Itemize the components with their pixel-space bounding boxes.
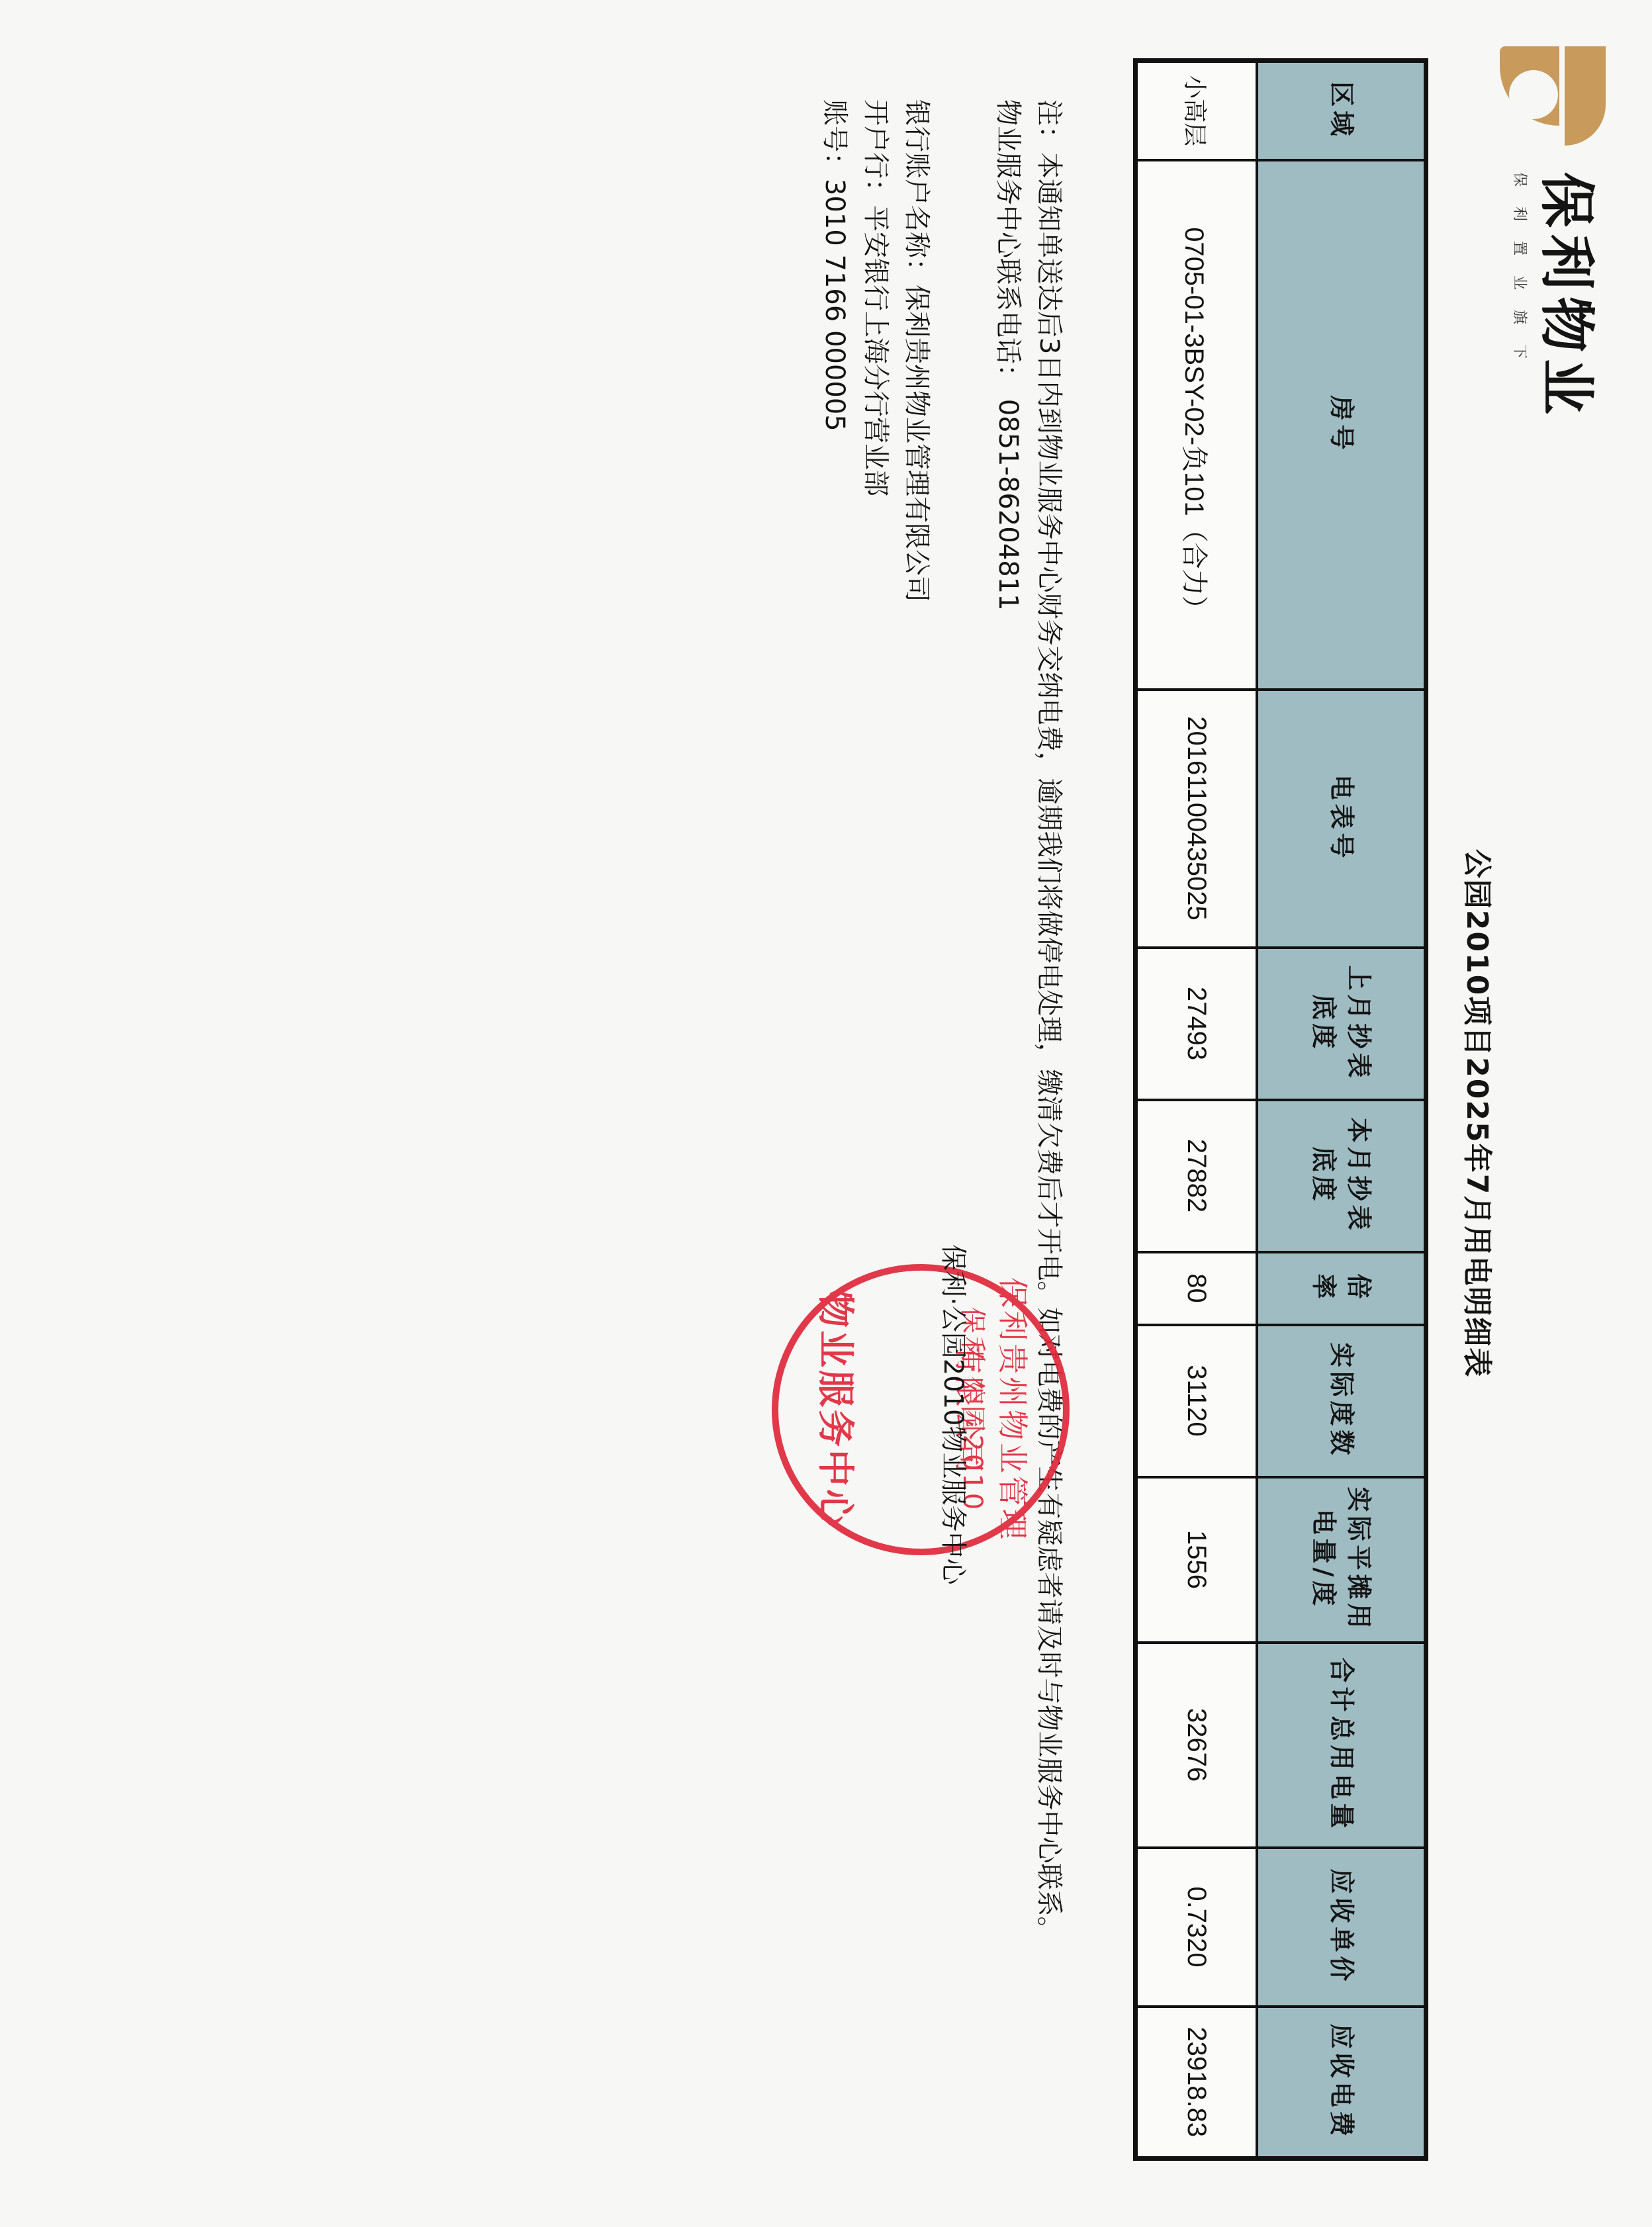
document-page: 保利物业 保利置业旗下 公园2010项目2025年7月用电明细表 区域 房号 电… bbox=[0, 0, 1652, 2227]
column-header-shared-units: 实际平摊用电量/度 bbox=[1257, 1477, 1426, 1643]
signature-block: 保利贵州物业管理有限公司 保利·公园2010 物业服务中心 保利·公园2010物… bbox=[606, 1244, 977, 1615]
cell-meter-no: 2016110043502​5 bbox=[1136, 690, 1258, 948]
column-header-amount-due: 应收电费 bbox=[1257, 2007, 1426, 2159]
table-row: 小高层 0705-01-3BSY-02-负101（合力） 20161100435… bbox=[1136, 61, 1258, 2159]
cell-multiplier: 80 bbox=[1136, 1252, 1258, 1325]
cell-area: 小高层 bbox=[1136, 61, 1258, 160]
cell-room: 0705-01-3BSY-02-负101（合力） bbox=[1136, 160, 1258, 690]
cell-prev-reading: 27493 bbox=[1136, 948, 1258, 1100]
contact-phone: 物业服务中心联系电话： 0851-86204811 bbox=[987, 99, 1029, 1942]
document-title: 公园2010项目2025年7月用电明细表 bbox=[1459, 0, 1501, 2227]
official-seal-stamp: 保利贵州物业管理有限公司 保利·公园2010 物业服务中心 bbox=[772, 1264, 1070, 1555]
bank-info: 银行账户名称：保利贵州物业管理有限公司 开户行：平安银行上海分行营业部 账号：3… bbox=[814, 99, 937, 602]
column-header-multiplier: 倍率 bbox=[1257, 1252, 1426, 1325]
column-header-actual-units: 实际度数 bbox=[1257, 1325, 1426, 1477]
brand-tagline: 保利置业旗下 bbox=[1511, 172, 1532, 421]
cell-total-units: 32676 bbox=[1136, 1643, 1258, 1848]
electricity-detail-table: 区域 房号 电表号 上月抄表底度 本月抄表底度 倍率 实际度数 实际平摊用电量/… bbox=[1133, 58, 1428, 2161]
column-header-curr-reading: 本月抄表底度 bbox=[1257, 1100, 1426, 1252]
column-header-total-units: 合计总用电量 bbox=[1257, 1643, 1426, 1848]
table-header-row: 区域 房号 电表号 上月抄表底度 本月抄表底度 倍率 实际度数 实际平摊用电量/… bbox=[1257, 61, 1426, 2159]
poly-logo-icon bbox=[1500, 46, 1606, 146]
column-header-prev-reading: 上月抄表底度 bbox=[1257, 948, 1426, 1100]
column-header-meter-no: 电表号 bbox=[1257, 690, 1426, 948]
column-header-unit-price: 应收单价 bbox=[1257, 1848, 1426, 2007]
company-logo: 保利物业 保利置业旗下 bbox=[1500, 46, 1606, 421]
cell-unit-price: 0.7320 bbox=[1136, 1848, 1258, 2007]
bank-branch: 开户行：平安银行上海分行营业部 bbox=[855, 99, 896, 602]
stamp-center-text: 物业服务中心 bbox=[811, 1271, 864, 1549]
cell-amount-due: 23918.83 bbox=[1136, 2007, 1258, 2159]
bank-account-name: 银行账户名称：保利贵州物业管理有限公司 bbox=[896, 99, 937, 602]
cell-curr-reading: 27882 bbox=[1136, 1100, 1258, 1252]
cell-shared-units: 1556 bbox=[1136, 1477, 1258, 1643]
payment-notes: 注：本通知单送达后3日内到物业服务中心财务交纳电费，逾期我们将做停电处理，缴清欠… bbox=[987, 99, 1070, 1942]
signature-label: 保利·公园2010物业服务中心 bbox=[937, 1244, 974, 1585]
notice-text: 注：本通知单送达后3日内到物业服务中心财务交纳电费，逾期我们将做停电处理，缴清欠… bbox=[1029, 99, 1070, 1942]
cell-actual-units: 31120 bbox=[1136, 1325, 1258, 1477]
bank-account-number: 账号：3010 7166 000005 bbox=[814, 99, 855, 602]
column-header-room: 房号 bbox=[1257, 160, 1426, 690]
column-header-area: 区域 bbox=[1257, 61, 1426, 160]
brand-name: 保利物业 bbox=[1539, 172, 1595, 421]
